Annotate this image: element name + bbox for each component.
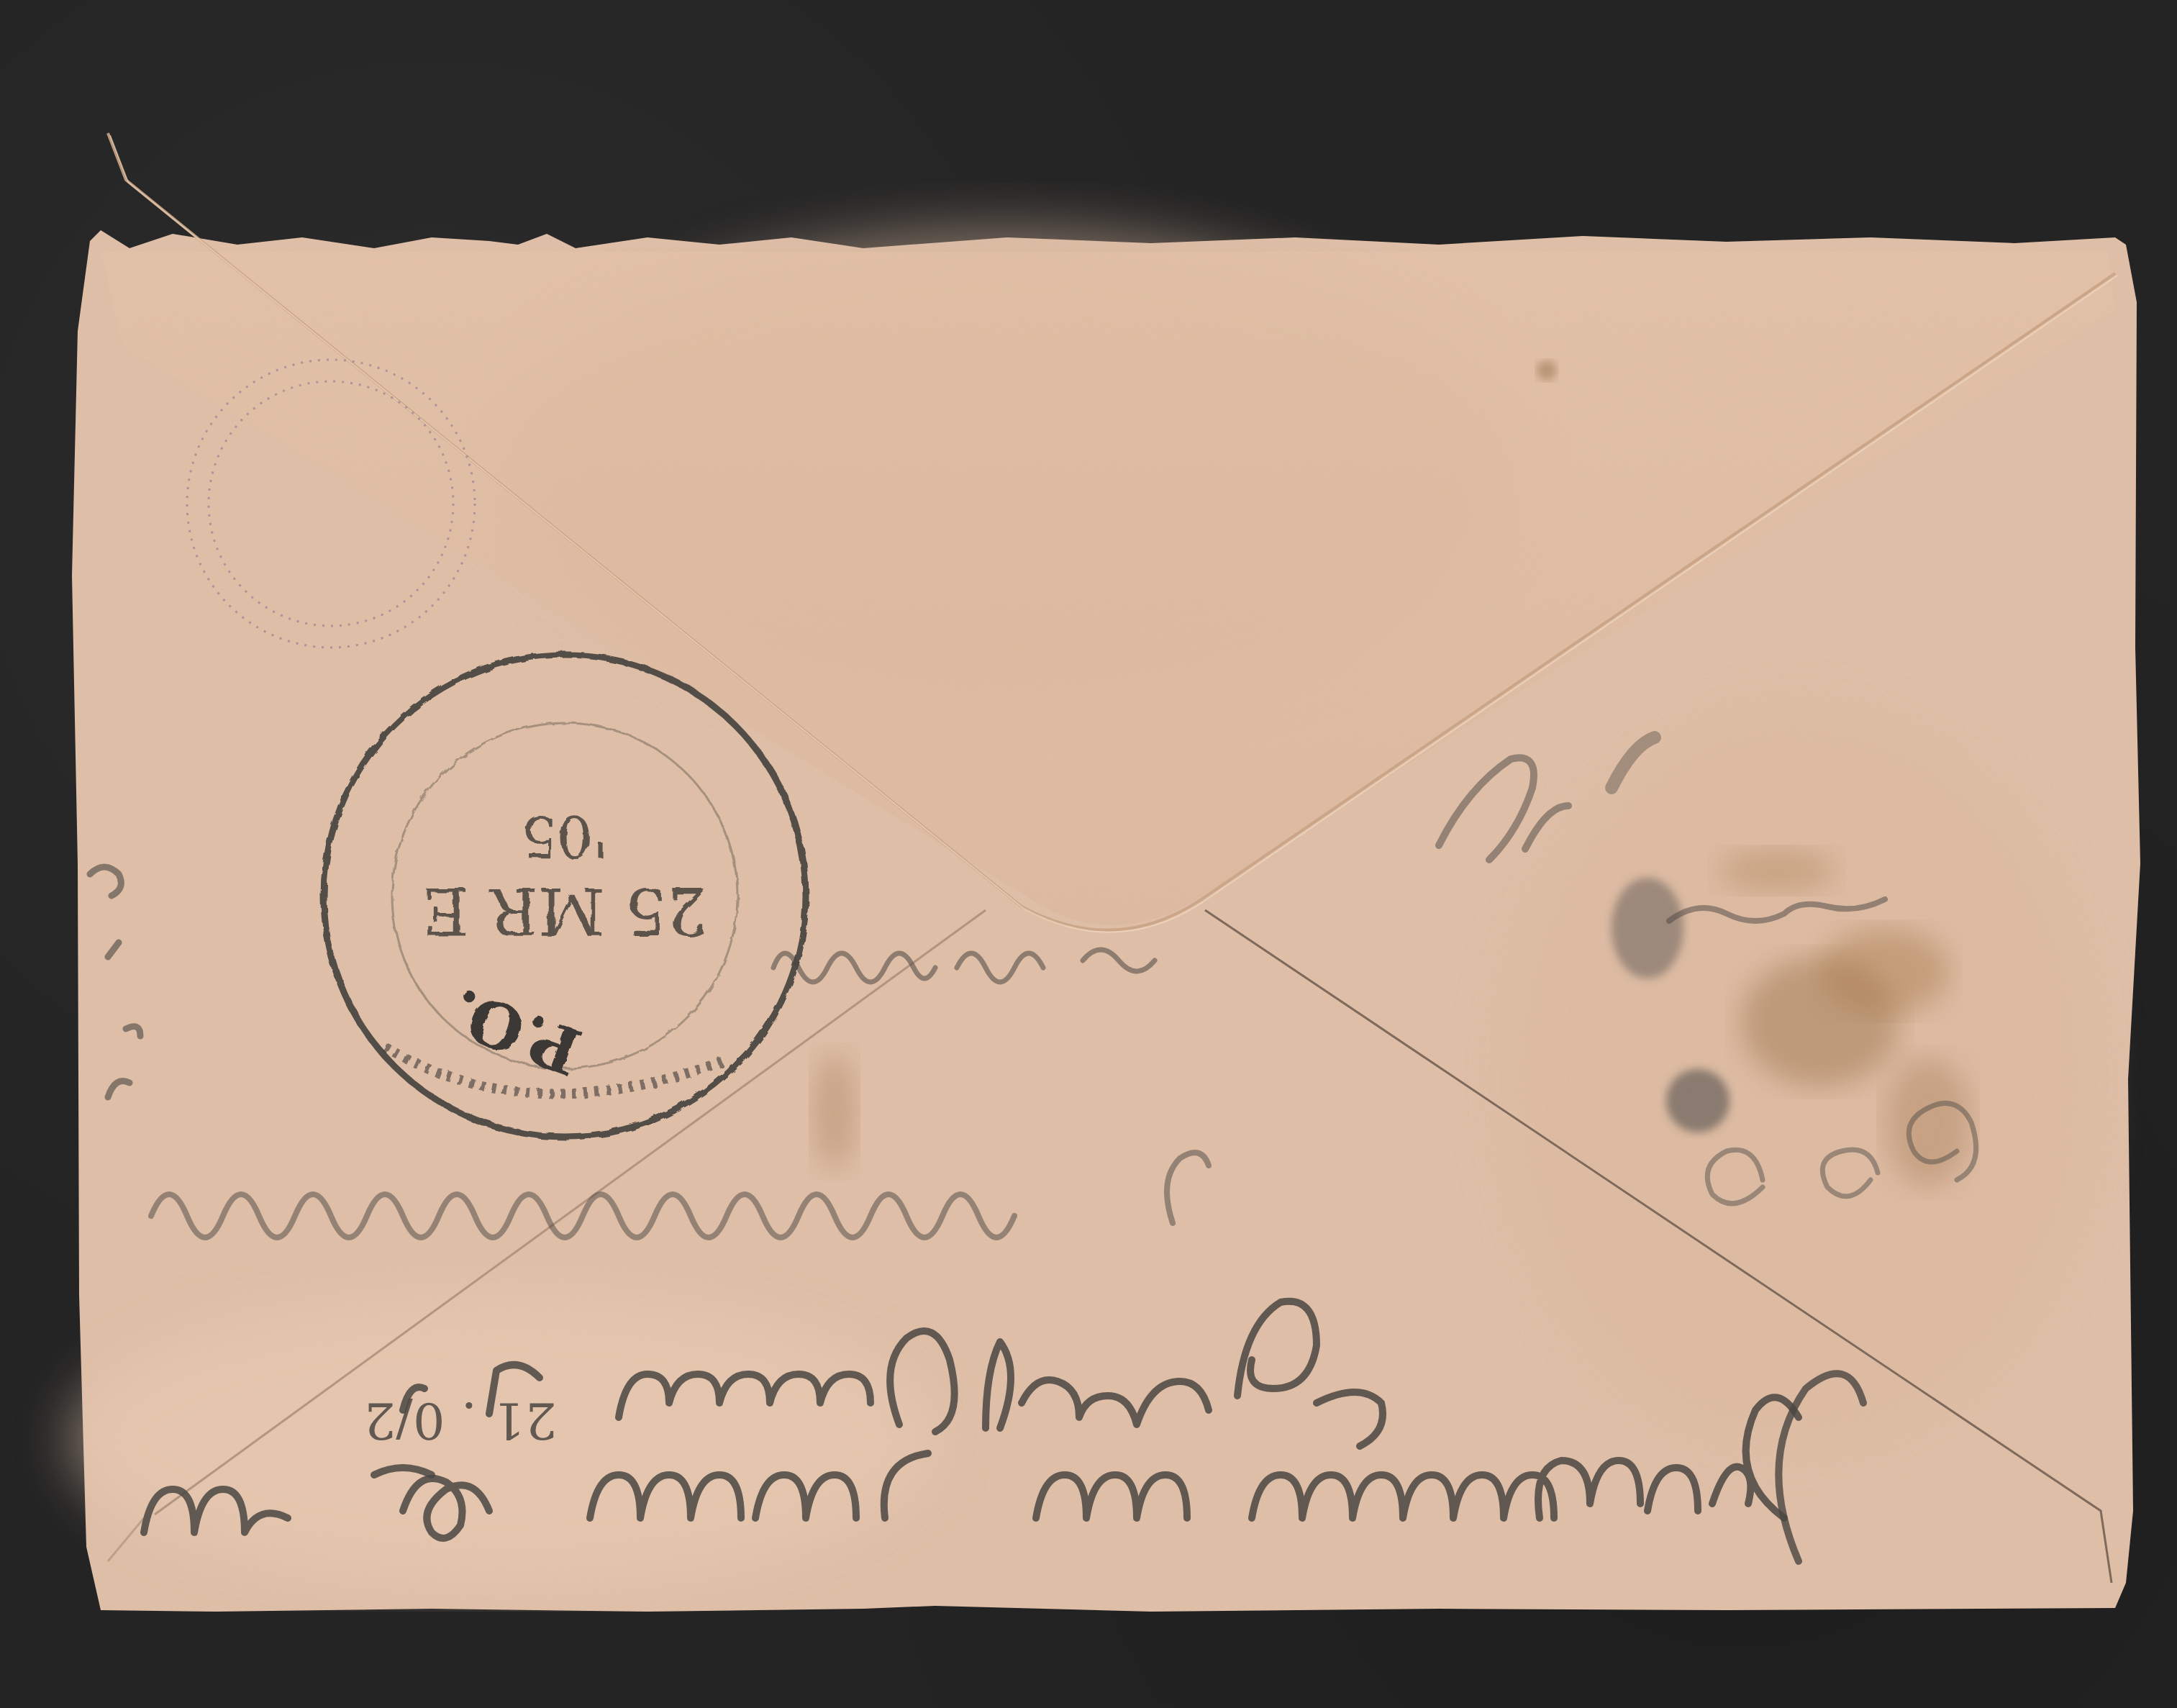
svg-text:21 . 0/2: 21 . 0/2 [364,1391,557,1450]
envelope-back: P.O. 25 MR E '05 [0,0,2177,1708]
postmark-date: 25 MR E [422,873,707,948]
postmark-year: '05 [522,803,609,868]
numeral-annotation: 21 . 0/2 [364,1391,557,1450]
